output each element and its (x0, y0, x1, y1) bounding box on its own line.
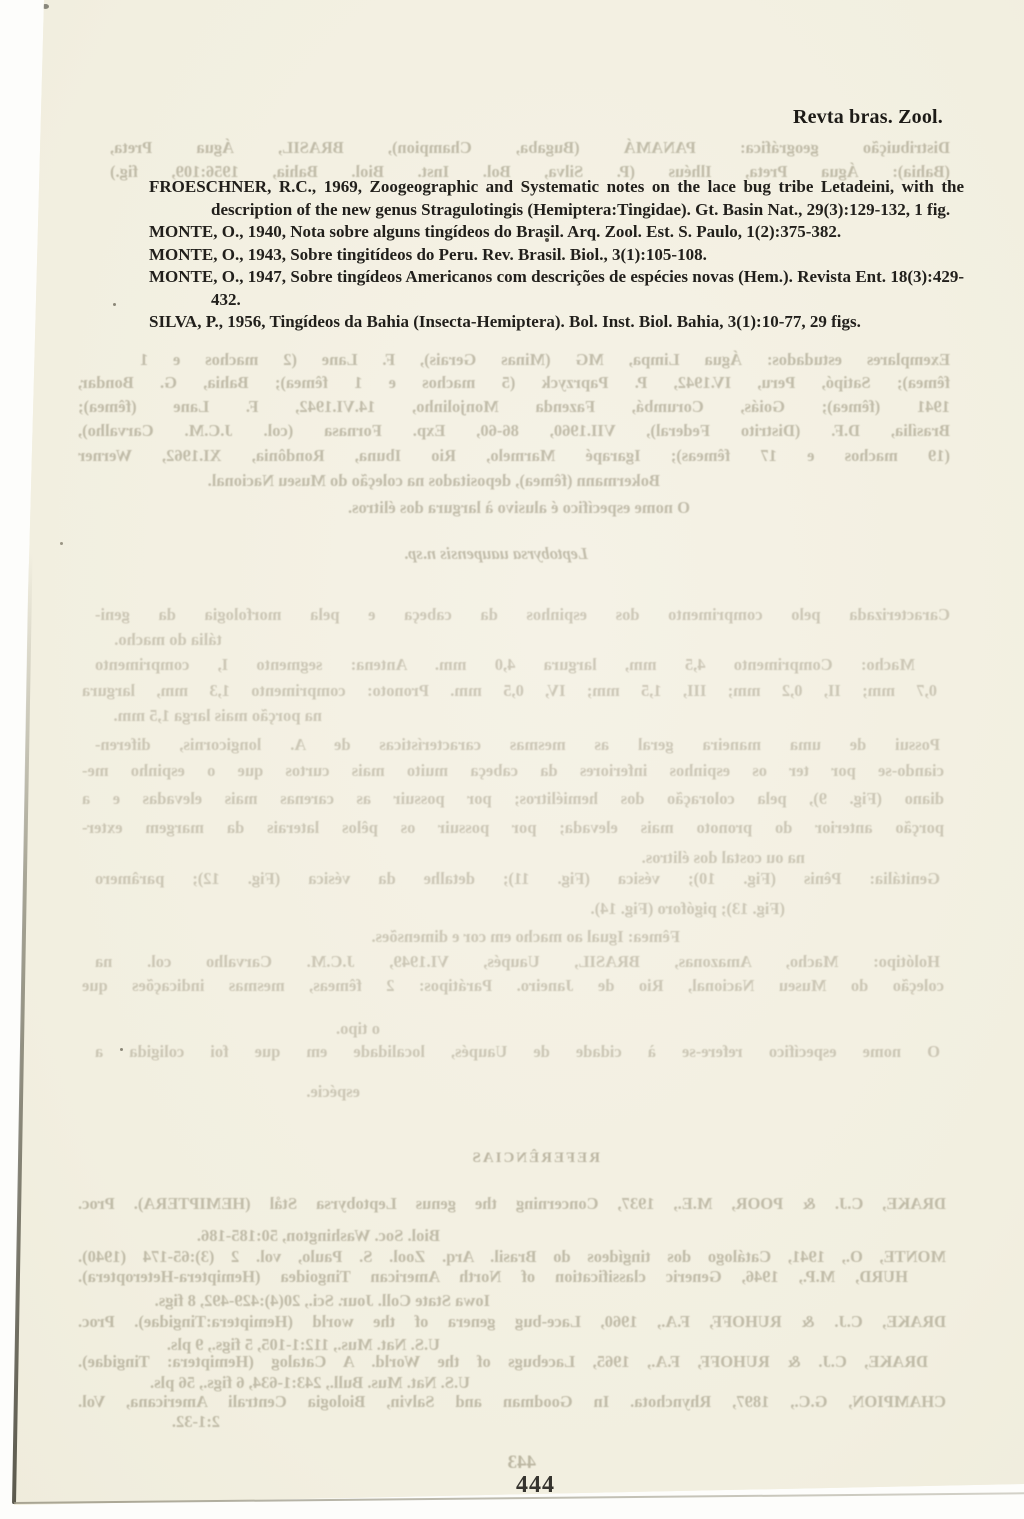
bleedthrough-line: Distribuição geográfica: PANAMÁ (Bugaba,… (110, 138, 950, 158)
scan-speck (545, 238, 549, 242)
bleedthrough-line: Iowa State Coll. Jour. Sci., 20(4):429-4… (130, 1291, 490, 1311)
bleedthrough-line: coleção do Museu Nacional, Rio de Janeir… (82, 976, 944, 996)
page-number: 444 (516, 1472, 555, 1499)
bleedthrough-line: Exemplares estudados: Água Limpa, MG (Mi… (140, 350, 950, 370)
scan-speck (60, 542, 63, 545)
bleedthrough-line: Bokermann (fêmea), depositados na coleçã… (100, 471, 660, 491)
scanned-journal-page: { "page": { "header_right": "Revta bras.… (0, 0, 1024, 1519)
bleedthrough-line: Fêmea: Igual ao macho em cor e dimensões… (330, 927, 680, 947)
bleedthrough-line: MONTE, O., 1941, Catálogo dos tingídeos … (78, 1247, 946, 1267)
bleedthrough-line: (Fig. 13); pigóforo (Fig. 14). (540, 899, 785, 919)
bleedthrough-line: diano (Fig. 9), pela coloração dos hemié… (82, 789, 944, 809)
bleedthrough-page-number: 443 (486, 1452, 536, 1474)
bleedthrough-line: porção anterior do pronoto mais elevada;… (82, 818, 944, 838)
reference-entry: MONTE, O., 1940, Nota sobre alguns tingí… (149, 221, 964, 244)
bleedthrough-line: espécie. (270, 1082, 360, 1102)
bleedthrough-line: 0,7 mm; II, 0,2 mm; III, 1,5 mm; IV, 0,5… (82, 681, 937, 701)
journal-header: Revta bras. Zool. (793, 106, 943, 129)
bleedthrough-line: na porção mais larga 1,5 mm. (82, 706, 322, 726)
bleedthrough-line: O nome específico é alusivo à largura do… (300, 498, 690, 518)
bleedthrough-references-heading: REFERÊNCIAS (435, 1150, 600, 1167)
bleedthrough-line: DRAKE, C.J. & RUHOFF, F.A., 1960, Lace-b… (78, 1312, 946, 1332)
bleedthrough-line: U.S. Nat. Mus. Bull., 243:1-634, 6 figs.… (130, 1373, 470, 1393)
bleedthrough-line: 2:1-32. (130, 1412, 220, 1432)
bleedthrough-species-name: Leptobyrsa uaupensis n.sp. (378, 544, 588, 564)
bleedthrough-line: Brasília, D.F. (Distrito Federal), VII.1… (78, 421, 950, 441)
scan-speck (120, 1048, 123, 1051)
bleedthrough-line: Genitália: Pênis (Fig. 10); vésica (Fig.… (95, 869, 940, 889)
reference-entry: FROESCHNER, R.C., 1969, Zoogeographic an… (149, 176, 964, 221)
bleedthrough-line: HURD, M.P., 1946, Generic classification… (78, 1267, 908, 1287)
bleedthrough-line: Macho: Comprimento 4,5 mm, largura 4,0 m… (95, 655, 915, 675)
bleedthrough-line: fêmea); Satipó, Peru, IV.1942, P. Paprzy… (78, 373, 950, 393)
bleedthrough-line: O nome específico refere-se à cidade de … (95, 1042, 940, 1062)
reference-entry: MONTE, O., 1943, Sobre tingitídeos do Pe… (149, 244, 964, 267)
bleedthrough-line: DRAKE, C.J. & RUHOFF, F.A., 1965, Lacebu… (78, 1352, 928, 1372)
bleedthrough-line: Caracterizada pelo comprimento dos espin… (95, 605, 950, 625)
bleedthrough-line: ciando-se por ter os espinhos inferiores… (82, 761, 944, 781)
bleedthrough-line: tália do macho. (82, 630, 222, 650)
bleedthrough-line: Possui de uma maneira geral as mesmas ca… (95, 735, 940, 755)
reference-entry: MONTE, O., 1947, Sobre tingídeos America… (149, 266, 964, 311)
scan-speck (113, 303, 116, 306)
bleedthrough-line: Holótipo: Macho, Amazonas, BRASIL, Uaupé… (95, 952, 940, 972)
bleedthrough-line: DRAKE, C.J. & POOR, M.E., 1937, Concerni… (78, 1194, 946, 1214)
bleedthrough-line: CHAMPION, G.C., 1897, Rhynchota. In Good… (78, 1392, 946, 1412)
bleedthrough-line: o tipo. (300, 1019, 380, 1039)
bleedthrough-line: Biol. Soc. Washington, 50:185-186. (130, 1226, 440, 1246)
paper-page: Distribuição geográfica: PANAMÁ (Bugaba,… (0, 0, 1024, 1519)
bleedthrough-line: (19 machos e 17 fêmeas); Igarapé Marmelo… (78, 446, 950, 466)
scan-speck (42, 4, 49, 9)
bleedthrough-line: 1941 (fêmea); Goiás, Corumbá, Fazenda Mo… (78, 397, 950, 417)
reference-entry: SILVA, P., 1956, Tingídeos da Bahia (Ins… (149, 311, 964, 334)
reference-list: FROESCHNER, R.C., 1969, Zoogeographic an… (149, 176, 964, 334)
bleedthrough-line: na ou costal dos élitros. (590, 848, 805, 868)
